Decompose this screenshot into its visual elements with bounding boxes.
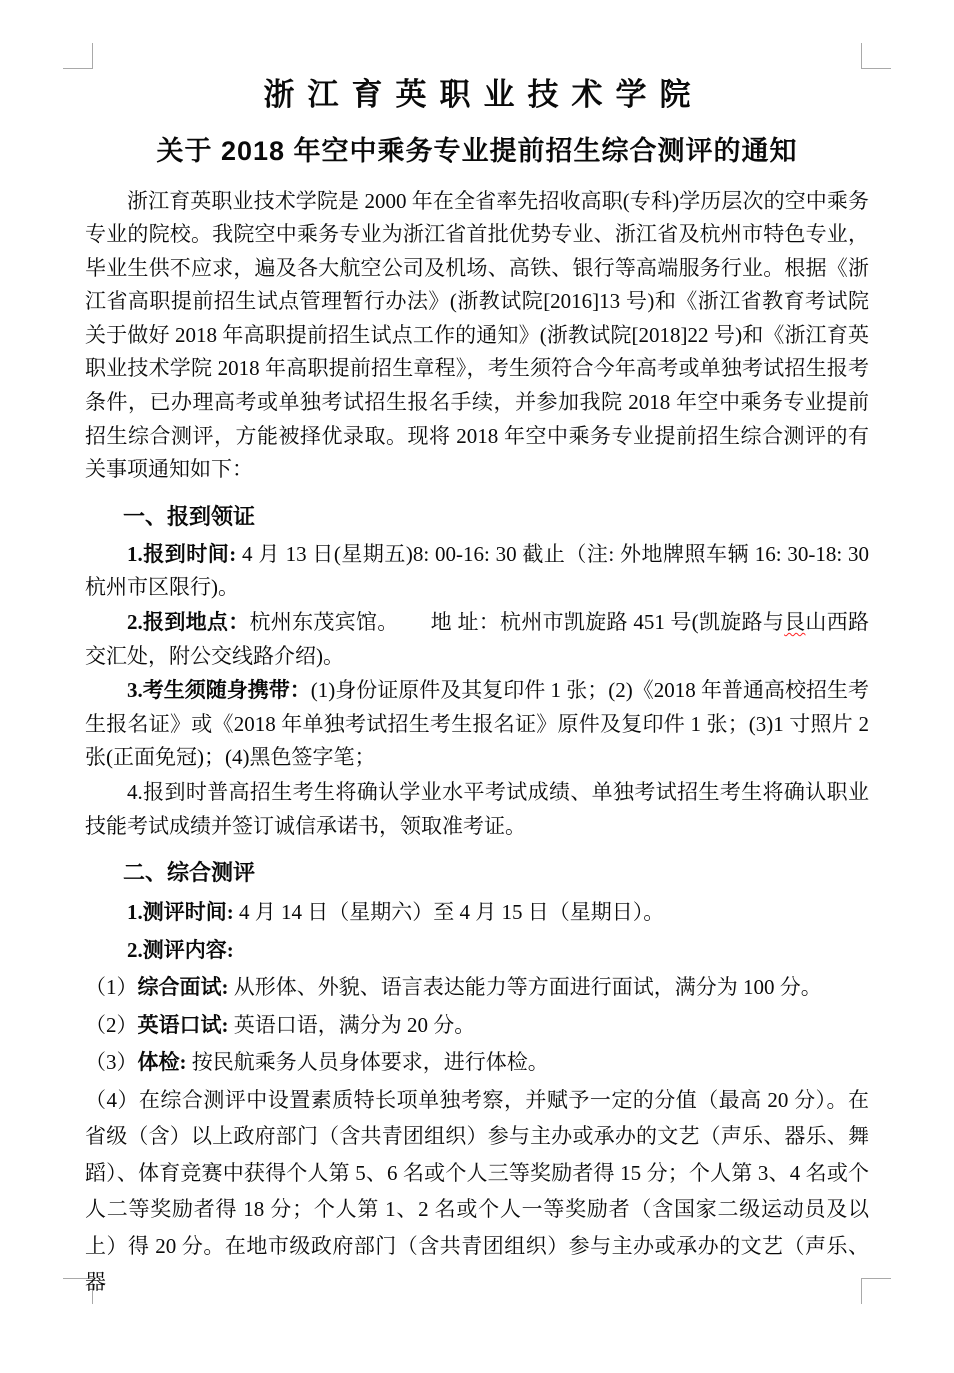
section-evaluation: 二、综合测评 1.测评时间: 4 月 14 日（星期六）至 4 月 15 日（星… — [85, 857, 869, 1301]
interview-label: 综合面试: — [138, 975, 229, 999]
document-page: 浙江育英职业技术学院 关于 2018 年空中乘务专业提前招生综合测评的通知 浙江… — [0, 0, 954, 1373]
section1-item2: 2.报到地点：杭州东茂宾馆。 地 址：杭州市凯旋路 451 号(凯旋路与艮山西路… — [85, 606, 869, 673]
carry-items-label: 3.考生须随身携带： — [127, 678, 311, 702]
sub3-prefix: （3） — [85, 1050, 138, 1074]
section2-item1: 1.测评时间: 4 月 14 日（星期六）至 4 月 15 日（星期日）。 — [85, 894, 869, 931]
section1-item1: 1.报到时间: 4 月 13 日(星期五)8: 00-16: 30 截止（注: … — [85, 538, 869, 605]
section1-item3: 3.考生须随身携带：(1)身份证原件及其复印件 1 张；(2)《2018 年普通… — [85, 674, 869, 775]
report-place-label: 2.报到地点： — [127, 610, 250, 634]
special-talent-text: （4）在综合测评中设置素质特长项单独考察，并赋予一定的分值（最高 20 分）。在… — [85, 1088, 869, 1295]
document-title: 浙江育英职业技术学院 — [85, 76, 869, 115]
english-oral-text: 英语口语，满分为 20 分。 — [229, 1013, 476, 1037]
document-subtitle: 关于 2018 年空中乘务专业提前招生综合测评的通知 — [85, 135, 869, 169]
section2-sub2: （2）英语口试: 英语口语，满分为 20 分。 — [85, 1007, 869, 1044]
eval-time-label: 1.测评时间: — [127, 900, 234, 924]
sub1-prefix: （1） — [85, 975, 138, 999]
spellcheck-underlined-char: 艮 — [784, 610, 805, 634]
section2-sub1: （1）综合面试: 从形体、外貌、语言表达能力等方面进行面试，满分为 100 分。 — [85, 969, 869, 1006]
physical-exam-text: 按民航乘务人员身体要求，进行体检。 — [187, 1050, 549, 1074]
crop-mark-top-left — [63, 43, 93, 69]
section2-item2: 2.测评内容: — [85, 932, 869, 969]
section1-heading: 一、报到领证 — [85, 501, 869, 533]
intro-paragraph: 浙江育英职业技术学院是 2000 年在全省率先招收高职(专科)学历层次的空中乘务… — [85, 185, 869, 487]
crop-mark-top-right — [861, 43, 891, 69]
section-report: 一、报到领证 1.报到时间: 4 月 13 日(星期五)8: 00-16: 30… — [85, 501, 869, 843]
section2-heading: 二、综合测评 — [85, 857, 869, 889]
eval-time-text: 4 月 14 日（星期六）至 4 月 15 日（星期日）。 — [234, 900, 665, 924]
physical-exam-label: 体检: — [138, 1050, 187, 1074]
section2-sub3: （3）体检: 按民航乘务人员身体要求，进行体检。 — [85, 1044, 869, 1081]
eval-content-label: 2.测评内容: — [127, 938, 234, 962]
confirm-scores-text: 4.报到时普高招生考生将确认学业水平考试成绩、单独考试招生考生将确认职业技能考试… — [85, 780, 869, 838]
section2-sub4: （4）在综合测评中设置素质特长项单独考察，并赋予一定的分值（最高 20 分）。在… — [85, 1082, 869, 1301]
interview-text: 从形体、外貌、语言表达能力等方面进行面试，满分为 100 分。 — [229, 975, 822, 999]
section1-item4: 4.报到时普高招生考生将确认学业水平考试成绩、单独考试招生考生将确认职业技能考试… — [85, 776, 869, 843]
english-oral-label: 英语口试: — [138, 1013, 229, 1037]
report-place-text-before: 杭州东茂宾馆。 地 址：杭州市凯旋路 451 号(凯旋路与 — [250, 610, 785, 634]
report-time-label: 1.报到时间: — [127, 542, 236, 566]
document-content: 浙江育英职业技术学院 关于 2018 年空中乘务专业提前招生综合测评的通知 浙江… — [85, 70, 869, 1302]
sub2-prefix: （2） — [85, 1013, 138, 1037]
